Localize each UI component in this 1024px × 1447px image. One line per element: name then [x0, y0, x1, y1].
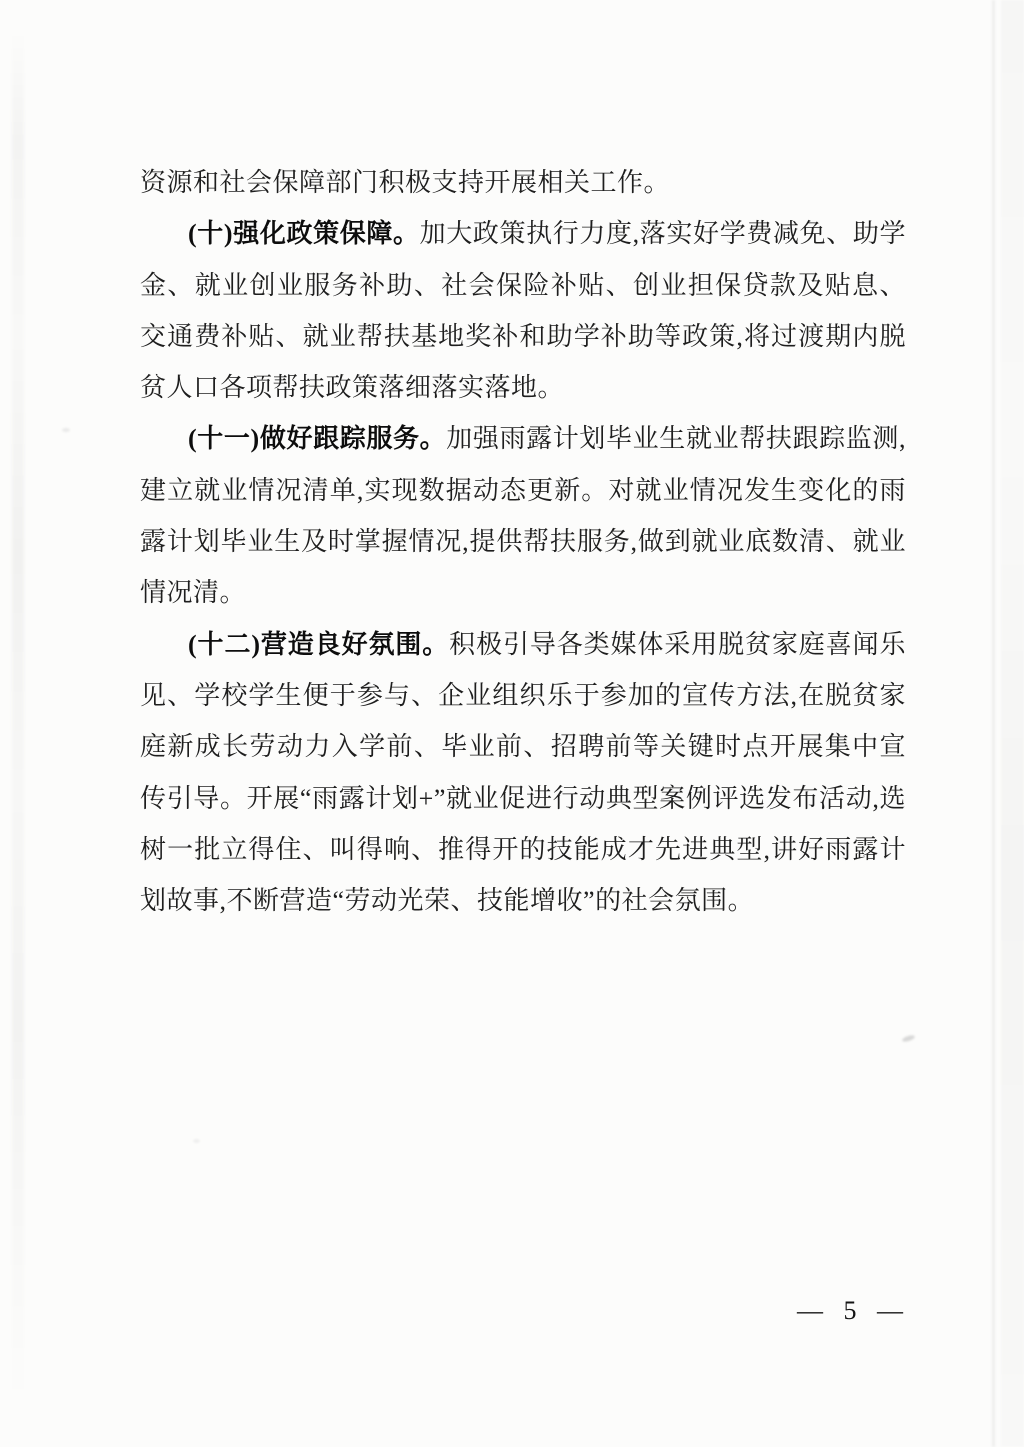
paragraph-11: (十一)做好跟踪服务。加强雨露计划毕业生就业帮扶跟踪监测,建立就业情况清单,实现… — [140, 413, 906, 618]
paragraph-12-heading: (十二)营造良好氛围。 — [188, 630, 449, 659]
paragraph-10-heading: (十)强化政策保障。 — [188, 219, 420, 248]
scan-smudge — [193, 1139, 200, 1143]
page-number: — 5 — — [797, 1296, 910, 1326]
paragraph-12: (十二)营造良好氛围。积极引导各类媒体采用脱贫家庭喜闻乐见、学校学生便于参与、企… — [140, 619, 906, 927]
paragraph-12-body: 积极引导各类媒体采用脱贫家庭喜闻乐见、学校学生便于参与、企业组织乐于参加的宣传方… — [140, 630, 906, 915]
document-body: 资源和社会保障部门积极支持开展相关工作。 (十)强化政策保障。加大政策执行力度,… — [140, 157, 906, 926]
scan-streak-left — [12, 30, 24, 1410]
paragraph-10: (十)强化政策保障。加大政策执行力度,落实好学费减免、助学金、就业创业服务补助、… — [140, 208, 906, 413]
paragraph-11-heading: (十一)做好跟踪服务。 — [188, 424, 446, 453]
paragraph-continuation: 资源和社会保障部门积极支持开展相关工作。 — [140, 157, 906, 208]
scan-smudge — [902, 1034, 916, 1043]
scan-band-right — [1001, 0, 1024, 1447]
scan-line-right — [992, 0, 995, 1447]
paragraph-continuation-text: 资源和社会保障部门积极支持开展相关工作。 — [140, 168, 670, 197]
scanned-document-page: 资源和社会保障部门积极支持开展相关工作。 (十)强化政策保障。加大政策执行力度,… — [0, 0, 1024, 1447]
scan-smudge — [62, 428, 70, 432]
